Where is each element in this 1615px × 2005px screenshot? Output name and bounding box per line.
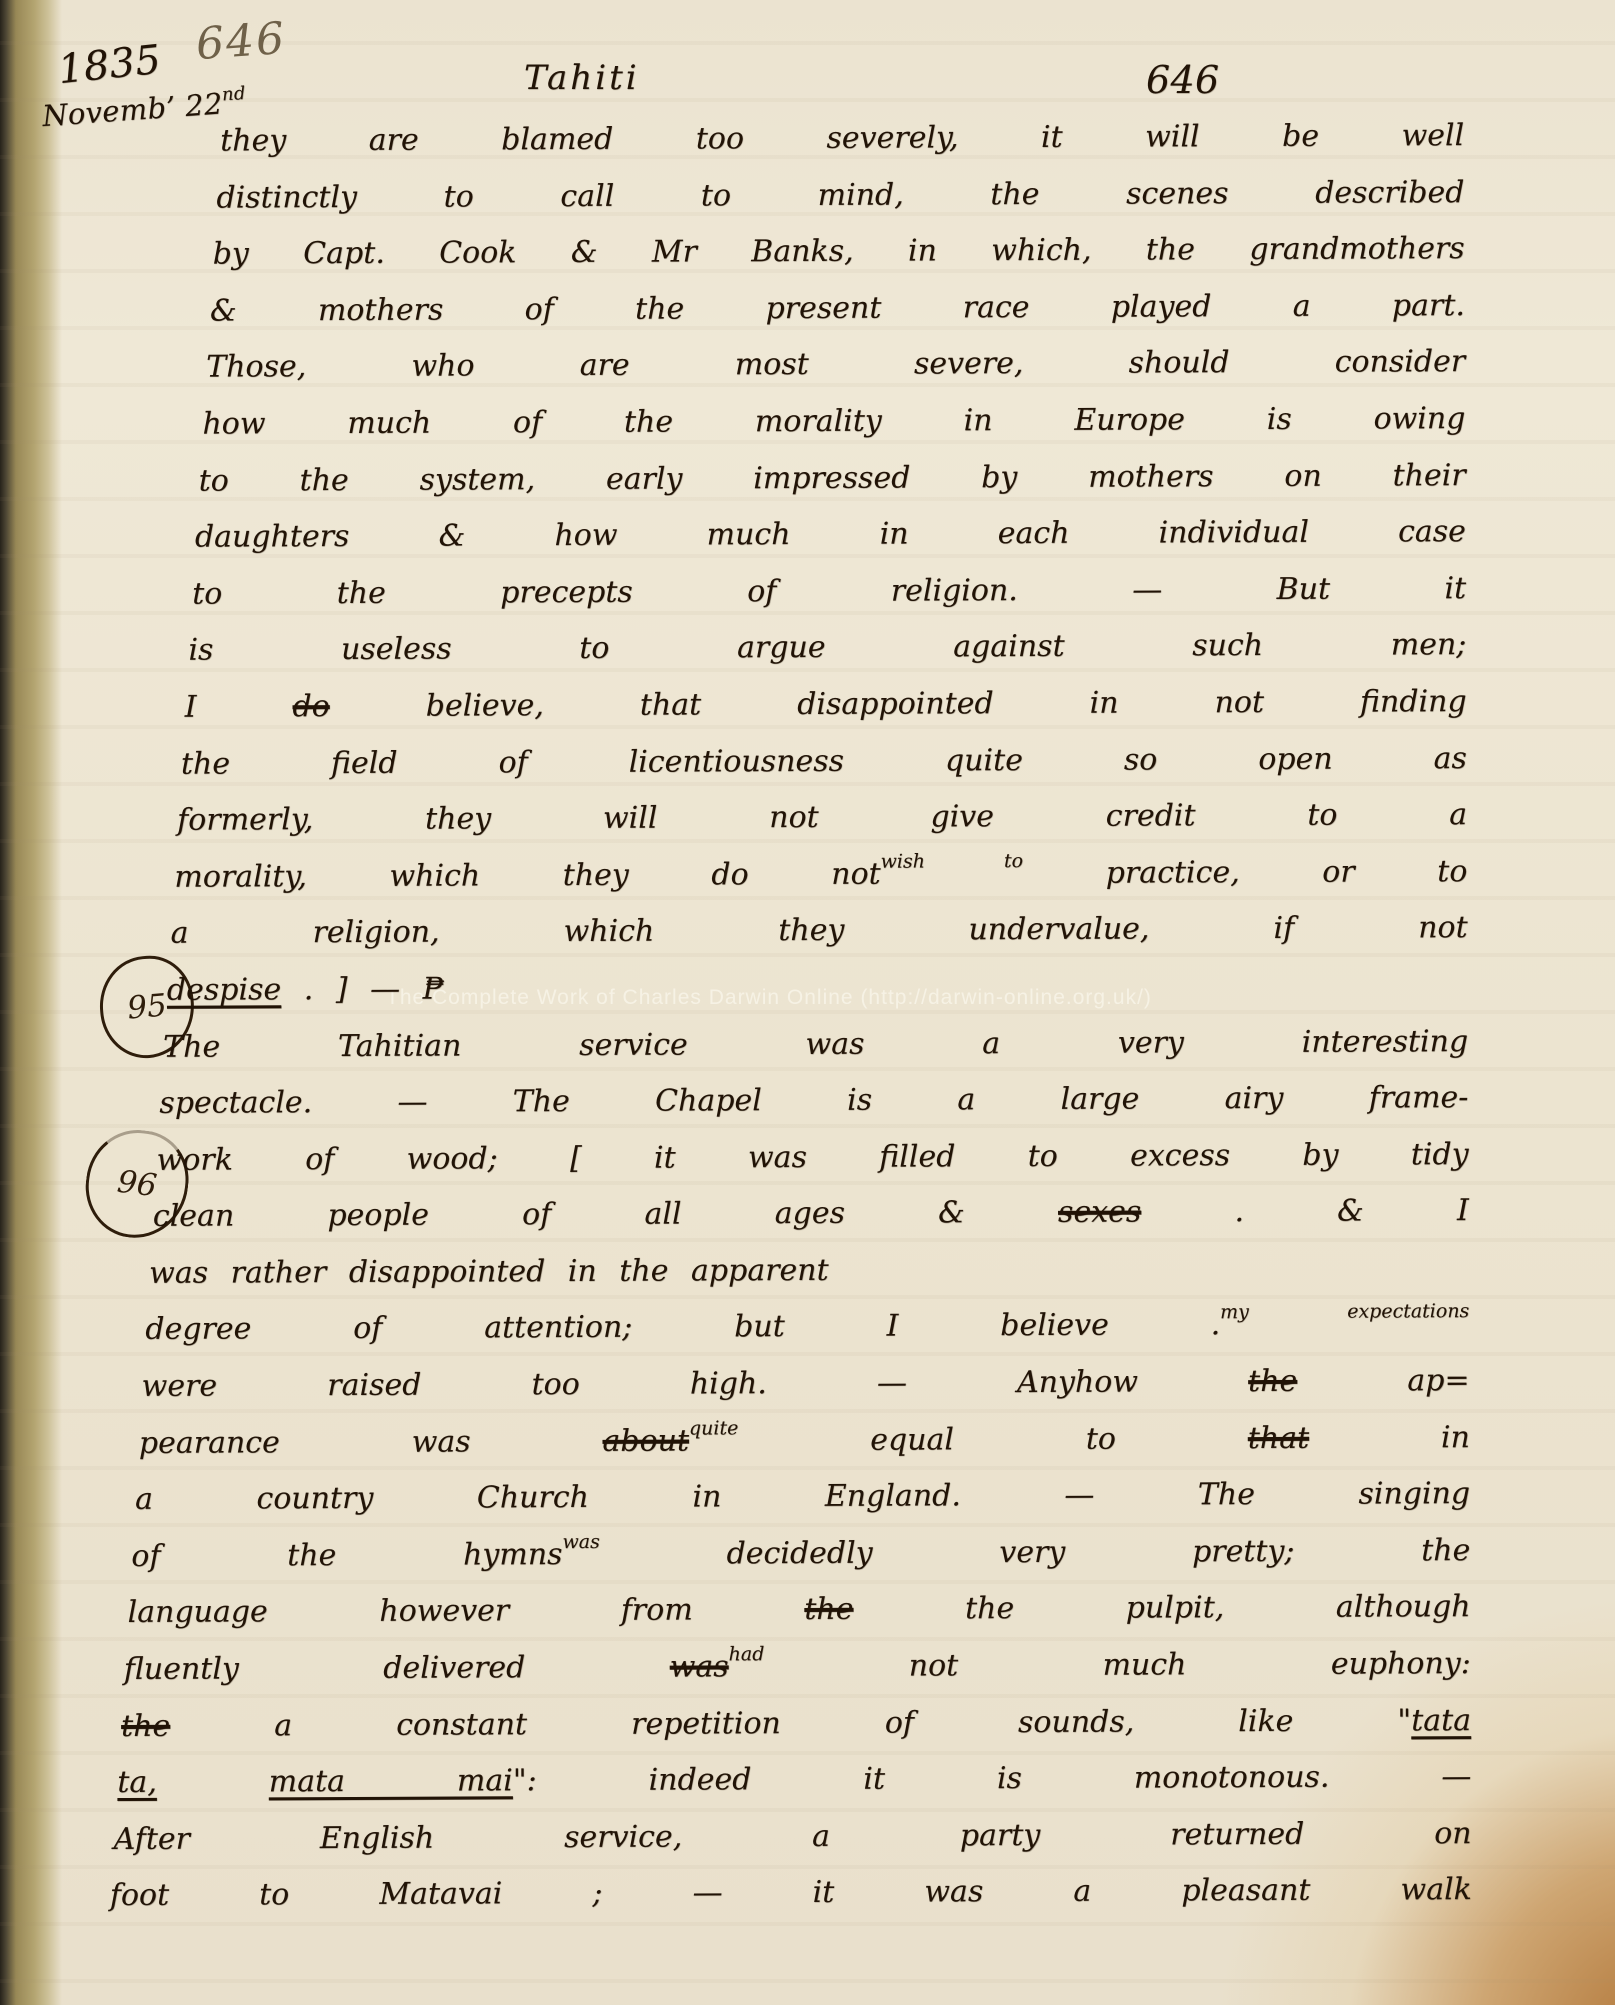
handwritten-text: is useless to argue against such men; [188,627,1466,668]
handwritten-text: the pulpit, although [853,1590,1470,1628]
handwritten-text: in [1309,1420,1470,1456]
manuscript-line: After English service, a party returned … [113,1805,1471,1868]
struck-text: sexes [1058,1195,1141,1230]
handwritten-text: I [185,689,293,724]
handwritten-text: foot to Matavai ; — it was a pleasant wa… [110,1873,1472,1914]
manuscript-line: were raised too high. — Anyhow the ap= [141,1352,1469,1414]
manuscript-line: spectacle. — The Chapel is a large airy … [159,1069,1468,1131]
manuscript-line: clean people of all ages & sexes . & I [153,1182,1469,1244]
manuscript-line: pearance was aboutquite equal to that in [139,1409,1470,1471]
underlined-text: mata mai [269,1764,513,1800]
manuscript-line: Those, who are most severe, should consi… [206,333,1465,395]
handwritten-text: & mothers of the present race played a p… [210,288,1465,328]
handwritten-text: a religion, which they undervalue, if no… [171,910,1468,951]
page-number: 646 [1146,58,1219,102]
manuscript-line: they are blamed too severely, it will be… [220,107,1464,169]
page-title: Tahiti [524,58,640,98]
manuscript-line: & mothers of the present race played a p… [210,277,1465,339]
manuscript-line: the field of licentiousness quite so ope… [181,730,1467,792]
inserted-text: wish to [881,850,1024,873]
handwritten-text: were raised too high. — Anyhow [142,1364,1249,1404]
manuscript-line: was rather disappointed in the apparent [149,1239,1469,1301]
manuscript-line: to the precepts of religion. — But it [192,560,1466,622]
handwritten-text: pearance was [139,1424,603,1461]
underlined-text: despise [167,972,281,1007]
date-ordinal: nd [221,83,246,106]
pencil-page-number: 646 [194,13,287,70]
struck-text: the [804,1592,853,1627]
manuscript-line: morality, which they do notwish to pract… [174,843,1467,905]
handwritten-text: formerly, they will not give credit to a [177,797,1467,838]
handwritten-text: by Capt. Cook & Mr Banks, in which, the … [213,231,1465,271]
handwritten-text: the field of licentiousness quite so ope… [181,741,1467,782]
manuscript-line: by Capt. Cook & Mr Banks, in which, the … [213,220,1465,282]
manuscript-line: foot to Matavai ; — it was a pleasant wa… [110,1862,1472,1925]
manuscript-page: 646 1835 Novemb’ 22nd Tahiti 646 95 96 T… [0,0,1615,2005]
handwritten-text: fluently delivered [124,1650,670,1687]
struck-text: the [121,1708,170,1743]
handwritten-text: . & I [1141,1193,1469,1229]
year-annotation: 1835 [56,37,163,94]
inserted-text: quite [689,1417,738,1439]
handwritten-text: a constant repetition of sounds, like " [170,1703,1411,1743]
manuscript-line: degree of attention; but I believe .my e… [145,1296,1469,1358]
manuscript-line: a religion, which they undervalue, if no… [171,899,1468,961]
struck-text: was [670,1649,729,1684]
manuscript-line: daughters & how much in each individual … [195,503,1466,565]
handwritten-text [157,1765,269,1800]
manuscript-line: I do believe, that disappointed in not f… [185,673,1467,735]
handwritten-text: work of wood; [ it was filled to excess … [157,1137,1469,1178]
handwritten-text: clean people of all ages & [153,1195,1058,1234]
handwritten-text: spectacle. — The Chapel is a large airy … [159,1080,1468,1121]
handwritten-text: ap= [1297,1363,1469,1399]
handwritten-text: After English service, a party returned … [114,1816,1472,1857]
manuscript-line: fluently delivered washad not much eupho… [124,1635,1471,1697]
handwritten-text: how much of the morality in Europe is ow… [202,401,1465,442]
handwritten-text: to the system, early impressed by mother… [199,458,1466,499]
handwritten-text: not much euphony: [764,1646,1471,1684]
manuscript-line: a country Church in England. — The singi… [135,1465,1470,1527]
struck-text: about [602,1423,689,1458]
handwritten-text: decidedly very pretty; the [600,1533,1471,1572]
manuscript-line: the a constant repetition of sounds, lik… [121,1692,1471,1754]
manuscript-line: how much of the morality in Europe is ow… [202,390,1465,452]
inserted-text: my expectations [1220,1301,1469,1324]
handwritten-text: of the hymns [131,1537,562,1574]
handwritten-text: believe, that disappointed in not findin… [330,684,1467,724]
handwritten-text: they are blamed too severely, it will be… [220,118,1464,158]
manuscript-line: ta, mata mai": indeed it is monotonous. … [117,1748,1471,1811]
handwritten-text: language however from [128,1592,805,1630]
manuscript-line: distinctly to call to mind, the scenes d… [216,164,1464,226]
manuscript-line: is useless to argue against such men; [188,616,1466,678]
manuscript-line: language however from the the pulpit, al… [127,1579,1470,1641]
handwritten-text: degree of attention; but I believe . [145,1308,1220,1348]
manuscript-line: despise . ] — ₱ [167,956,1468,1018]
manuscript-line: to the system, early impressed by mother… [199,447,1466,509]
handwritten-text: equal to [738,1421,1248,1458]
manuscript-line: of the hymnswas decidedly very pretty; t… [131,1522,1470,1584]
handwritten-text: Those, who are most severe, should consi… [206,344,1465,384]
handwritten-text: The Tahitian service was a very interest… [163,1024,1468,1065]
struck-text: that [1248,1420,1309,1455]
underlined-text: ta, [117,1765,157,1800]
manuscript-line: The Tahitian service was a very interest… [163,1013,1468,1075]
manuscript-line: work of wood; [ it was filled to excess … [157,1126,1469,1188]
handwritten-text: was rather disappointed in the apparent [149,1253,829,1291]
handwritten-text: distinctly to call to mind, the scenes d… [216,175,1464,215]
manuscript-line: formerly, they will not give credit to a [177,786,1467,848]
handwritten-text: to the precepts of religion. — But it [192,571,1466,612]
handwritten-text: practice, or to [1023,854,1467,891]
handwritten-text: . ] — ₱ [281,971,444,1007]
handwritten-text: morality, which they do not [174,856,880,894]
handwritten-text: daughters & how much in each individual … [195,514,1466,555]
manuscript-body: they are blamed too severely, it will be… [92,107,1520,1924]
inserted-text: was [562,1531,599,1553]
handwritten-text: ": indeed it is monotonous. — [513,1759,1472,1798]
handwritten-text: a country Church in England. — The singi… [135,1476,1470,1517]
underlined-text: tata [1411,1703,1471,1738]
struck-text: the [1248,1364,1297,1399]
inserted-text: had [729,1643,765,1665]
struck-text: do [292,689,329,724]
